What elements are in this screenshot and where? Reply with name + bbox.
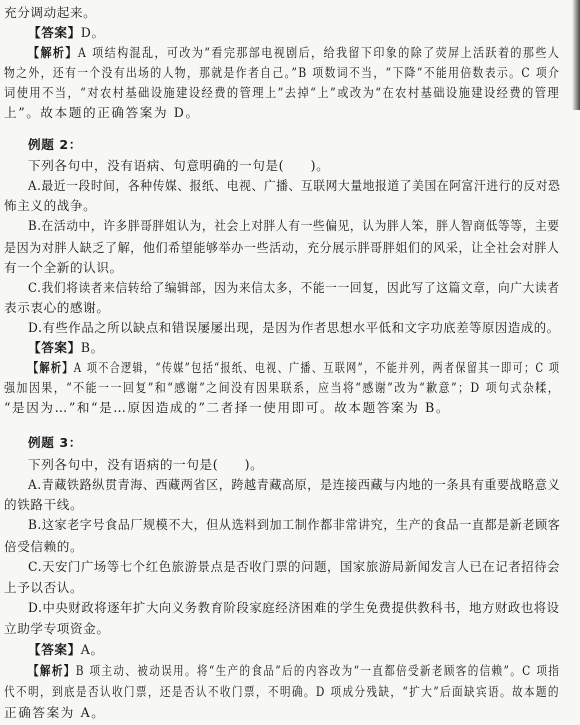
option-c-ex2: C.我们将读者来信转给了编辑部，因为来信太多，不能一一回复，因此写了这篇文章，向… xyxy=(28,278,560,298)
question-stem-ex3: 下列各句中，没有语病的一句是( )。 xyxy=(28,455,263,475)
option-b-ex2-cont: 是因为对胖人缺乏了解，他们希望能够举办一些活动，充分展示胖哥胖姐们的风采，让全社… xyxy=(4,238,560,258)
explanation-text: A 项不合逻辑，“传媒”包括“报纸、电视、广播、互联网”，不能并列，两者保留其一… xyxy=(74,360,561,375)
explanation-text: “是因为…”和“是…原因造成的”二者择一使用即可。故本题答案为 B。 xyxy=(4,398,450,418)
option-a-ex3-cont: 的铁路干线。 xyxy=(4,495,83,515)
option-c-ex3: C.天安门广场等七个红色旅游景点是否收门票的问题，国家旅游局新闻发言人已在记者招… xyxy=(28,557,560,577)
option-a-ex3: A.青藏铁路纵贯青海、西藏两省区，跨越青藏高原，是连接西藏与内地的一条具有重要战… xyxy=(28,475,560,495)
option-b-ex3: B.这家老字号食品厂规模不大，但从选料到加工制作都非常讲究，生产的食品一直都是新… xyxy=(28,515,560,535)
option-c-ex2-cont: 表示衷心的感谢。 xyxy=(4,298,110,318)
explanation-line-ex3: 【解析】B 项主动、被动误用。将“生产的食品”后的内容改为“一直都倍受新老顾客的… xyxy=(28,661,560,681)
option-b-ex2-cont: 有一个全新的认识。 xyxy=(4,258,123,278)
answer-tag: 【答案】 xyxy=(28,25,81,40)
option-b-ex2: B.在活动中，许多胖哥胖姐认为，社会上对胖人有一些偏见，认为胖人笨，胖人智商低等… xyxy=(28,216,560,236)
answer-line-ex1: 【答案】D。 xyxy=(28,23,105,43)
explanation-text: A 项结构混乱，可改为“看完那部电视剧后，给我留下印象的除了荧屏上活跃着的那些人 xyxy=(78,45,560,60)
explanation-line-ex1: 【解析】A 项结构混乱，可改为“看完那部电视剧后，给我留下印象的除了荧屏上活跃着… xyxy=(28,43,560,63)
explanation-tag: 【解析】 xyxy=(28,663,76,678)
answer-tag: 【答案】 xyxy=(28,340,81,355)
explanation-tag: 【解析】 xyxy=(28,360,74,375)
explanation-text: 正确答案为 A。 xyxy=(4,703,105,723)
answer-value: A。 xyxy=(81,642,104,657)
answer-line-ex3: 【答案】A。 xyxy=(28,640,104,660)
explanation-line-ex2: 【解析】A 项不合逻辑，“传媒”包括“报纸、电视、广播、互联网”，不能并列，两者… xyxy=(28,358,560,378)
paragraph-continuation: 充分调动起来。 xyxy=(4,3,96,23)
explanation-text: 上”。故本题的正确答案为 D。 xyxy=(4,103,200,123)
explanation-text: 物之外，还有一个没有出场的人物，那就是作者自己。”B 项数词不当，“下降”不能用… xyxy=(4,63,560,83)
option-a-ex2: A.最近一段时间，各种传媒、报纸、电视、广播、互联网大量地报道了美国在阿富汗进行… xyxy=(28,176,560,196)
explanation-text: 代不明，到底是否认收门票，还是否认不收门票，不明确。D 项成分残缺，“扩大”后面… xyxy=(4,682,560,702)
explanation-text: 强加因果，“不能一一回复”和“感谢”之间没有因果联系，应当将“感谢”改为“歉意”… xyxy=(4,378,560,398)
example-2-heading: 例题 2： xyxy=(28,135,82,155)
answer-tag: 【答案】 xyxy=(28,642,81,657)
option-d-ex3: D.中央财政将逐年扩大向义务教育阶段家庭经济困难的学生免费提供教科书，地方财政也… xyxy=(28,598,560,618)
explanation-text: 词使用不当，“对农村基础设施建设经费的管理上”去掉“上”或改为“在农村基础设施建… xyxy=(4,83,560,103)
option-b-ex3-cont: 倍受信赖的。 xyxy=(4,537,83,557)
scan-edge-shadow xyxy=(572,0,580,110)
example-3-heading: 例题 3： xyxy=(28,433,82,453)
explanation-text: B 项主动、被动误用。将“生产的食品”后的内容改为“一直都倍受新老顾客的信赖”。… xyxy=(76,663,560,678)
answer-line-ex2: 【答案】B。 xyxy=(28,338,104,358)
answer-value: B。 xyxy=(81,340,104,355)
option-d-ex2: D.有些作品之所以缺点和错误屡屡出现，是因为作者思想水平低和文字功底差等原因造成… xyxy=(28,318,560,338)
option-d-ex3-cont: 立助学专项资金。 xyxy=(4,619,110,639)
option-a-ex2-cont: 怖主义的战争。 xyxy=(4,196,96,216)
explanation-tag: 【解析】 xyxy=(28,45,78,60)
question-stem-ex2: 下列各句中，没有语病、句意明确的一句是( )。 xyxy=(28,156,329,176)
answer-value: D。 xyxy=(81,25,105,40)
option-c-ex3-cont: 上予以否认。 xyxy=(4,578,83,598)
